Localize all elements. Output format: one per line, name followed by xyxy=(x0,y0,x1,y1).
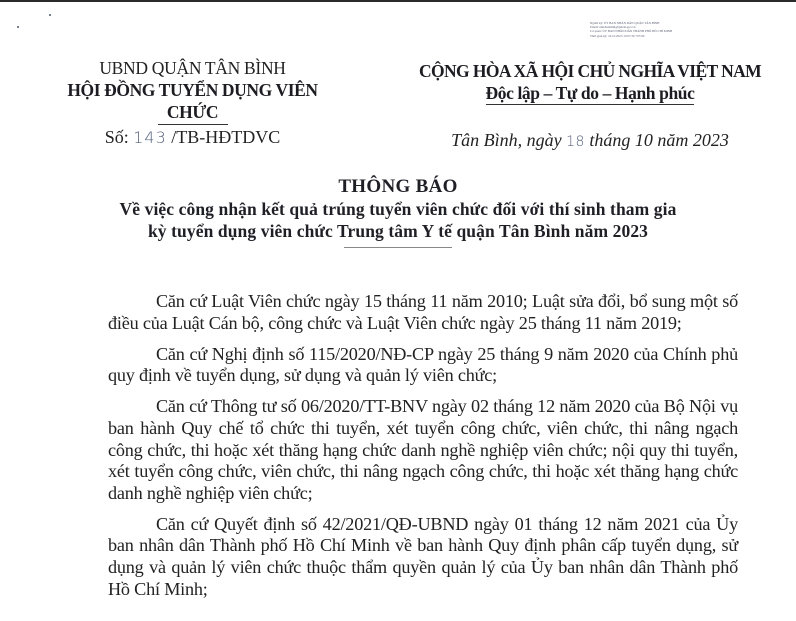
document-body: Căn cứ Luật Viên chức ngày 15 tháng 11 n… xyxy=(108,291,738,610)
document-type: THÔNG BÁO xyxy=(40,176,756,198)
scan-speck xyxy=(17,26,19,28)
place-and-date: Tân Bình, ngày 18 tháng 10 năm 2023 xyxy=(420,130,760,151)
national-motto: Độc lập – Tự do – Hạnh phúc xyxy=(486,82,695,105)
place-date-prefix: Tân Bình, ngày xyxy=(451,130,562,150)
legal-basis-paragraph: Căn cứ Thông tư số 06/2020/TT-BNV ngày 0… xyxy=(108,396,738,504)
parent-agency: UBND QUẬN TÂN BÌNH xyxy=(60,58,325,79)
day-handwritten: 18 xyxy=(566,134,585,150)
document-subject-line-2: kỳ tuyển dụng viên chức Trung tâm Y tế q… xyxy=(40,220,756,242)
page-top-border xyxy=(0,0,796,2)
document-subject-line-1: Về việc công nhận kết quả trúng tuyển vi… xyxy=(40,198,756,220)
agency-underline xyxy=(158,124,228,125)
doc-number-handwritten: 143 xyxy=(133,128,167,147)
title-underline xyxy=(344,247,452,248)
document-title-block: THÔNG BÁO Về việc công nhận kết quả trún… xyxy=(40,176,756,248)
issuing-agency: HỘI ĐỒNG TUYỂN DỤNG VIÊN CHỨC xyxy=(60,79,325,123)
legal-basis-paragraph: Căn cứ Quyết định số 42/2021/QĐ-UBND ngà… xyxy=(108,514,738,600)
issuing-agency-block: UBND QUẬN TÂN BÌNH HỘI ĐỒNG TUYỂN DỤNG V… xyxy=(60,58,325,125)
scan-speck xyxy=(49,14,51,16)
place-date-suffix: tháng 10 năm 2023 xyxy=(589,130,729,150)
legal-basis-paragraph: Căn cứ Luật Viên chức ngày 15 tháng 11 n… xyxy=(108,291,738,334)
signature-line-time: Thời gian ký: 19.10.2023 13:07:30 +07:00 xyxy=(590,34,672,38)
doc-number-prefix: Số: xyxy=(105,127,129,147)
doc-number-suffix: /TB-HĐTDVC xyxy=(171,127,280,147)
legal-basis-paragraph: Căn cứ Nghị định số 115/2020/NĐ-CP ngày … xyxy=(108,344,738,387)
national-title-block: CỘNG HÒA XÃ HỘI CHỦ NGHĨA VIỆT NAM Độc l… xyxy=(400,61,780,105)
nation-name: CỘNG HÒA XÃ HỘI CHỦ NGHĨA VIỆT NAM xyxy=(400,61,780,82)
document-number: Số: 143 /TB-HĐTDVC xyxy=(70,127,315,148)
digital-signature-stamp: Người ký: ỦY BAN NHÂN DÂN QUẬN TÂN BÌNH … xyxy=(590,21,672,38)
signature-line-agency: Cơ quan: ỦY BAN NHÂN DÂN THÀNH PHỐ HỒ CH… xyxy=(590,29,672,33)
